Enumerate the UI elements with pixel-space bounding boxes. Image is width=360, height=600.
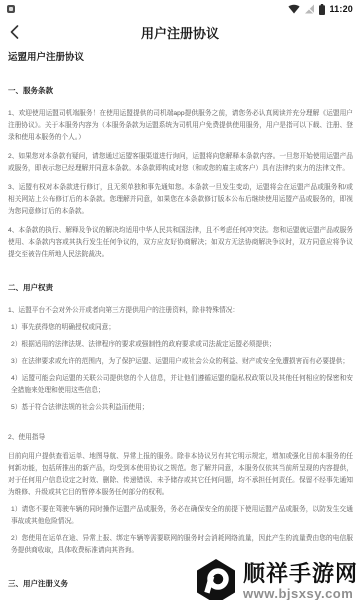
agreement-paragraph: 3、运盟有权对本条款进行修订，且无须单独和事先通知您。本条款一旦发生变动，运盟将…: [8, 182, 353, 218]
agreement-list-item: 2）根据适用的法律法规、法律程序的要求或强制性的政府要求或司法裁定运盟必须提供；: [8, 339, 353, 351]
status-time: 11:20: [329, 4, 353, 14]
agreement-paragraph: 1、运盟平台不会对外公开或者向第三方提供用户的注册资料，除非特殊情况：: [8, 305, 353, 317]
section-heading-user-rights: 二、用户权责: [8, 283, 353, 293]
status-bar: 11:20: [0, 0, 360, 18]
agreement-list-item: 2）您使用在运单在途、异常上报、绑定车辆等需要联网的服务时会消耗网络流量，因此产…: [8, 533, 353, 557]
section-heading-registration-duty: 三、用户注册义务: [8, 579, 353, 589]
no-signal-icon: [304, 4, 315, 14]
agreement-list-item: 4）运盟可能会向运盟的关联公司提供您的个人信息，并让他们遵循运盟的隐私权政策以及…: [8, 373, 353, 397]
notification-icon: [7, 5, 15, 13]
back-button[interactable]: [10, 25, 24, 39]
chevron-left-icon: [10, 25, 19, 39]
agreement-subheading: 2、使用指导: [8, 432, 353, 444]
battery-icon: [319, 4, 325, 15]
agreement-paragraph: 目前向用户提供查看运单、地图导航、异常上报的服务。除非本协议另有其它明示规定，增…: [8, 451, 353, 499]
page-title: 用户注册协议: [141, 23, 219, 42]
agreement-title: 运盟用户注册协议: [8, 52, 353, 64]
agreement-paragraph: 4、本条款的执行、解释及争议的解决均适用中华人民共和国法律，且不考虑任何冲突法。…: [8, 225, 353, 261]
agreement-list-item: 1）事先获得您的明确授权或同意；: [8, 322, 353, 334]
header: 用户注册协议: [0, 18, 360, 46]
agreement-paragraph: 2、如果您对本条款有疑问，请您通过运盟客服渠道进行询问，运盟将向您解释本条款内容…: [8, 151, 353, 175]
section-heading-terms: 一、服务条款: [8, 86, 353, 96]
agreement-scroll-area[interactable]: 运盟用户注册协议 一、服务条款 1、欢迎使用运盟司机端服务！在使用运盟提供的司机…: [0, 46, 360, 589]
status-icons: 11:20: [288, 4, 353, 15]
agreement-list-item: 3）在法律要求或允许的范围内，为了保护运盟、运盟用户或社会公众的利益、财产或安全…: [8, 356, 353, 368]
agreement-paragraph: 1、欢迎使用运盟司机端服务！在使用运盟提供的司机端app提供服务之前，请您务必认…: [8, 108, 353, 144]
agreement-list-item: 1）请您不要在驾驶车辆的同时操作运盟产品或服务，务必在确保安全的前提下使用运盟产…: [8, 504, 353, 528]
app-screen: 11:20 用户注册协议 运盟用户注册协议 一、服务条款 1、欢迎使用运盟司机端…: [0, 0, 360, 600]
agreement-list-item: 5）基于符合法律法规的社会公共利益而使用；: [8, 402, 353, 414]
wifi-icon: [288, 4, 300, 14]
